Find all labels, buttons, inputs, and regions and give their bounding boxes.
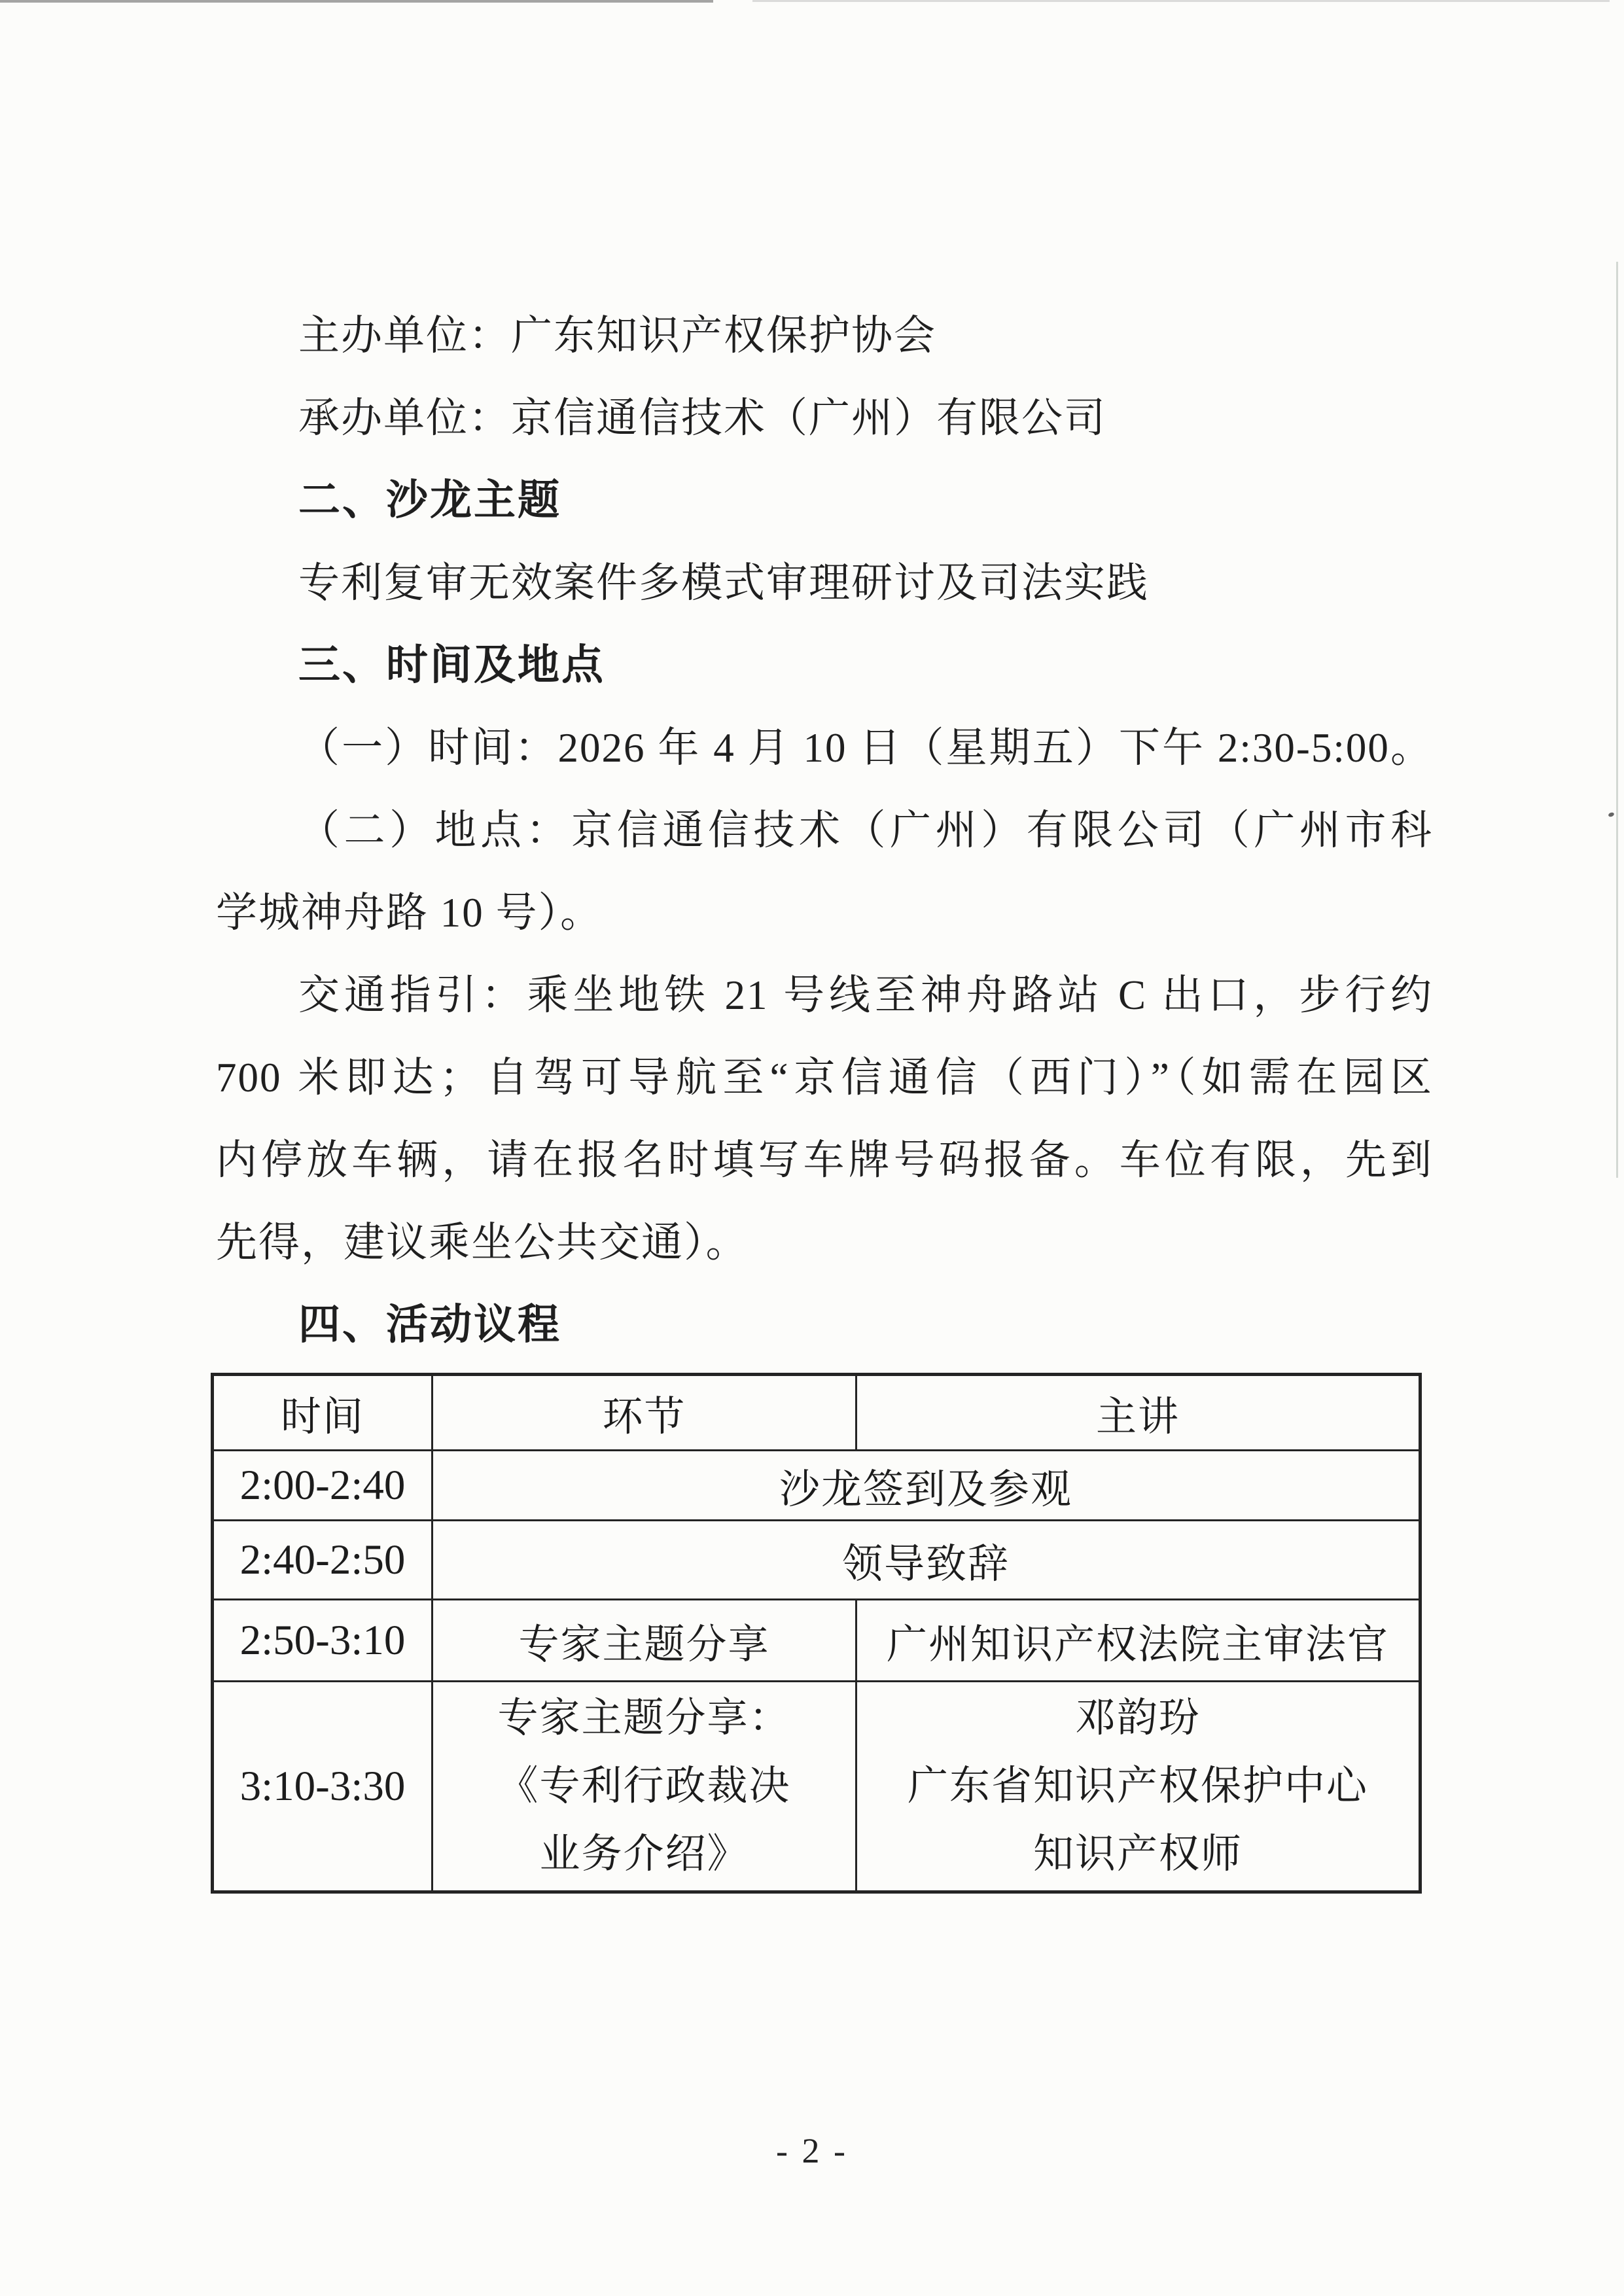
- scan-artifact-top-line-2: [752, 0, 1610, 2]
- section-heading-2: 二、沙龙主题: [216, 459, 1433, 542]
- scan-artifact-right-line: [1616, 262, 1618, 1178]
- scan-artifact-top-line: [0, 0, 713, 3]
- agenda-row-signin: 2:00-2:40 沙龙签到及参观: [213, 1451, 1421, 1521]
- agenda-activity-cell: 专家主题分享： 《专利行政裁决 业务介绍》: [432, 1682, 856, 1892]
- agenda-time-cell: 2:50-3:10: [213, 1600, 432, 1682]
- document-page: 主办单位：广东知识产权保护协会 承办单位：京信通信技术（广州）有限公司 二、沙龙…: [0, 0, 1624, 2296]
- agenda-header-time: 时间: [213, 1375, 432, 1451]
- time-line: （一）时间：2026 年 4 月 10 日（星期五）下午 2:30-5:00。: [216, 707, 1433, 789]
- activity-line: 《专利行政裁决: [433, 1752, 855, 1820]
- host-org-line: 主办单位：广东知识产权保护协会: [216, 294, 1433, 377]
- agenda-activity-cell: 领导致辞: [432, 1521, 1421, 1600]
- agenda-header-speaker: 主讲: [856, 1375, 1421, 1451]
- agenda-activity-cell: 专家主题分享: [432, 1600, 856, 1682]
- agenda-activity-cell: 沙龙签到及参观: [432, 1451, 1421, 1521]
- agenda-header-activity: 环节: [432, 1375, 856, 1451]
- document-body: 主办单位：广东知识产权保护协会 承办单位：京信通信技术（广州）有限公司 二、沙龙…: [216, 294, 1433, 1894]
- agenda-row-speech: 2:40-2:50 领导致辞: [213, 1521, 1421, 1600]
- agenda-table: 时间 环节 主讲 2:00-2:40 沙龙签到及参观 2:40-2:50 领导致…: [211, 1373, 1422, 1894]
- transport-line-3: 内停放车辆，请在报名时填写车牌号码报备。车位有限，先到: [216, 1119, 1433, 1201]
- agenda-time-cell: 2:40-2:50: [213, 1521, 432, 1600]
- activity-line: 专家主题分享：: [433, 1684, 855, 1752]
- section-heading-4: 四、活动议程: [216, 1284, 1433, 1366]
- page-number: - 2 -: [0, 2130, 1624, 2171]
- agenda-speaker-cell: 邓韵玢 广东省知识产权保护中心 知识产权师: [856, 1682, 1421, 1892]
- speaker-line: 广东省知识产权保护中心: [857, 1752, 1419, 1820]
- speaker-line: 知识产权师: [857, 1820, 1419, 1888]
- agenda-row-expert-share-2: 3:10-3:30 专家主题分享： 《专利行政裁决 业务介绍》 邓韵玢 广东省知…: [213, 1682, 1421, 1892]
- transport-line-2: 700 米即达；自驾可导航至“京信通信（西门）”（如需在园区: [216, 1036, 1433, 1119]
- salon-topic-line: 专利复审无效案件多模式审理研讨及司法实践: [216, 542, 1433, 624]
- transport-line-1: 交通指引：乘坐地铁 21 号线至神舟路站 C 出口，步行约: [216, 954, 1433, 1036]
- organizer-line: 承办单位：京信通信技术（广州）有限公司: [216, 377, 1433, 459]
- transport-line-4: 先得，建议乘坐公共交通）。: [216, 1201, 1433, 1284]
- agenda-speaker-cell: 广州知识产权法院主审法官: [856, 1600, 1421, 1682]
- speaker-line: 邓韵玢: [857, 1684, 1419, 1752]
- agenda-header-row: 时间 环节 主讲: [213, 1375, 1421, 1451]
- location-line-1: （二）地点：京信通信技术（广州）有限公司（广州市科: [216, 789, 1433, 872]
- agenda-row-expert-share-1: 2:50-3:10 专家主题分享 广州知识产权法院主审法官: [213, 1600, 1421, 1682]
- location-line-2: 学城神舟路 10 号）。: [216, 872, 1433, 954]
- scan-artifact-speck: [1608, 812, 1615, 818]
- section-heading-3: 三、时间及地点: [216, 624, 1433, 707]
- agenda-time-cell: 2:00-2:40: [213, 1451, 432, 1521]
- activity-line: 业务介绍》: [433, 1820, 855, 1888]
- agenda-time-cell: 3:10-3:30: [213, 1682, 432, 1892]
